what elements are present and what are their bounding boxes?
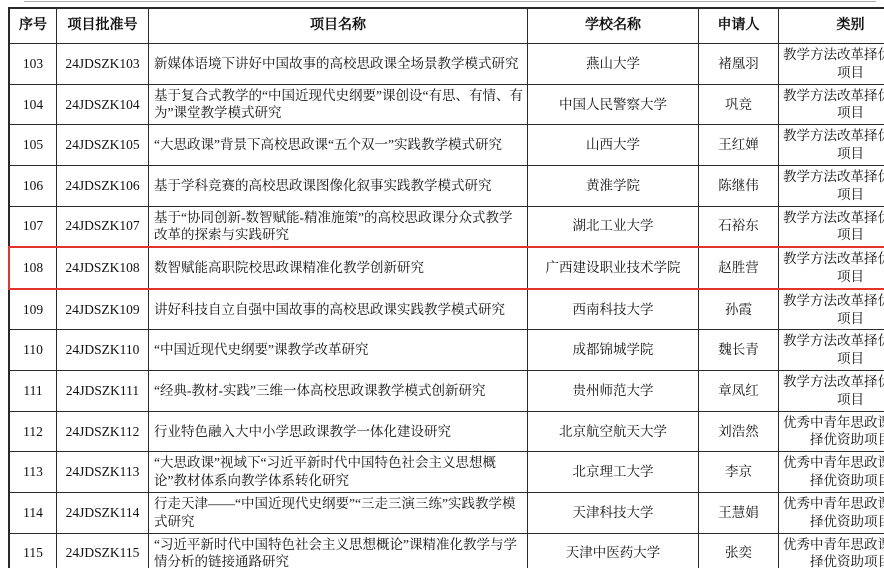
header-row: 序号项目批准号项目名称学校名称申请人类别 xyxy=(9,8,884,44)
cell-grant_no: 24JDSZK106 xyxy=(57,165,149,206)
table-body: 10324JDSZK103新媒体语境下讲好中国故事的高校思政课全场景教学模式研究… xyxy=(9,44,884,568)
projects-table: 序号项目批准号项目名称学校名称申请人类别 10324JDSZK103新媒体语境下… xyxy=(8,7,884,568)
cell-category: 教学方法改革择优推广项目 xyxy=(779,206,884,247)
cell-project: 新媒体语境下讲好中国故事的高校思政课全场景教学模式研究 xyxy=(149,44,528,85)
cell-no: 111 xyxy=(9,371,57,412)
table-row: 10324JDSZK103新媒体语境下讲好中国故事的高校思政课全场景教学模式研究… xyxy=(9,44,884,85)
cell-category: 教学方法改革择优推广项目 xyxy=(779,165,884,206)
top-crop-line xyxy=(24,1,876,2)
table-row: 11524JDSZK115“习近平新时代中国特色社会主义思想概论”课精准化教学与… xyxy=(9,533,884,568)
cell-school: 中国人民警察大学 xyxy=(528,84,699,125)
cell-applicant: 巩竞 xyxy=(699,84,779,125)
cell-project: 数智赋能高职院校思政课精准化教学创新研究 xyxy=(149,247,528,289)
cell-grant_no: 24JDSZK113 xyxy=(57,452,149,493)
cell-no: 110 xyxy=(9,330,57,371)
cell-grant_no: 24JDSZK107 xyxy=(57,206,149,247)
table-row: 10724JDSZK107基于“协同创新-数智赋能-精准施策”的高校思政课分众式… xyxy=(9,206,884,247)
cell-grant_no: 24JDSZK115 xyxy=(57,533,149,568)
cell-category: 教学方法改革择优推广项目 xyxy=(779,247,884,289)
cell-no: 112 xyxy=(9,411,57,452)
cell-no: 106 xyxy=(9,165,57,206)
cell-category: 教学方法改革择优推广项目 xyxy=(779,330,884,371)
column-header-applicant: 申请人 xyxy=(699,8,779,44)
column-header-no: 序号 xyxy=(9,8,57,44)
cell-project: “习近平新时代中国特色社会主义思想概论”课精准化教学与学情分析的链接通路研究 xyxy=(149,533,528,568)
cell-school: 贵州师范大学 xyxy=(528,371,699,412)
table-row: 11324JDSZK113“大思政课”视域下“习近平新时代中国特色社会主义思想概… xyxy=(9,452,884,493)
column-header-category: 类别 xyxy=(779,8,884,44)
cell-project: 基于复合式教学的“中国近现代史纲要”课创设“有思、有情、有为”课堂教学模式研究 xyxy=(149,84,528,125)
cell-category: 优秀中青年思政课教师择优资助项目 xyxy=(779,411,884,452)
cell-school: 北京理工大学 xyxy=(528,452,699,493)
cell-grant_no: 24JDSZK109 xyxy=(57,289,149,330)
cell-project: “大思政课”视域下“习近平新时代中国特色社会主义思想概论”教材体系向教学体系转化… xyxy=(149,452,528,493)
cell-no: 108 xyxy=(9,247,57,289)
column-header-project: 项目名称 xyxy=(149,8,528,44)
cell-applicant: 褚凰羽 xyxy=(699,44,779,85)
table-row: 11124JDSZK111“经典-教材-实践”三维一体高校思政课教学模式创新研究… xyxy=(9,371,884,412)
cell-project: 行业特色融入大中小学思政课教学一体化建设研究 xyxy=(149,411,528,452)
cell-school: 湖北工业大学 xyxy=(528,206,699,247)
cell-no: 104 xyxy=(9,84,57,125)
table-row-highlighted: 10824JDSZK108数智赋能高职院校思政课精准化教学创新研究广西建设职业技… xyxy=(9,247,884,289)
cell-category: 优秀中青年思政课教师择优资助项目 xyxy=(779,452,884,493)
cell-project: “经典-教材-实践”三维一体高校思政课教学模式创新研究 xyxy=(149,371,528,412)
cell-school: 天津科技大学 xyxy=(528,492,699,533)
cell-school: 广西建设职业技术学院 xyxy=(528,247,699,289)
cell-school: 燕山大学 xyxy=(528,44,699,85)
cell-category: 教学方法改革择优推广项目 xyxy=(779,125,884,166)
table-row: 10524JDSZK105“大思政课”背景下高校思政课“五个双一”实践教学模式研… xyxy=(9,125,884,166)
cell-applicant: 张奕 xyxy=(699,533,779,568)
cell-grant_no: 24JDSZK114 xyxy=(57,492,149,533)
cell-no: 107 xyxy=(9,206,57,247)
cell-applicant: 魏长青 xyxy=(699,330,779,371)
cell-school: 黄淮学院 xyxy=(528,165,699,206)
cell-no: 109 xyxy=(9,289,57,330)
cell-school: 天津中医药大学 xyxy=(528,533,699,568)
table-row: 10424JDSZK104基于复合式教学的“中国近现代史纲要”课创设“有思、有情… xyxy=(9,84,884,125)
cell-category: 教学方法改革择优推广项目 xyxy=(779,84,884,125)
cell-applicant: 刘浩然 xyxy=(699,411,779,452)
cell-no: 113 xyxy=(9,452,57,493)
cell-project: “中国近现代史纲要”课教学改革研究 xyxy=(149,330,528,371)
cell-grant_no: 24JDSZK108 xyxy=(57,247,149,289)
cell-grant_no: 24JDSZK111 xyxy=(57,371,149,412)
table-row: 10624JDSZK106基于学科竞赛的高校思政课图像化叙事实践教学模式研究黄淮… xyxy=(9,165,884,206)
cell-no: 114 xyxy=(9,492,57,533)
cell-project: 基于学科竞赛的高校思政课图像化叙事实践教学模式研究 xyxy=(149,165,528,206)
cell-category: 教学方法改革择优推广项目 xyxy=(779,289,884,330)
cell-grant_no: 24JDSZK112 xyxy=(57,411,149,452)
table-row: 11024JDSZK110“中国近现代史纲要”课教学改革研究成都锦城学院魏长青教… xyxy=(9,330,884,371)
table-header: 序号项目批准号项目名称学校名称申请人类别 xyxy=(9,8,884,44)
cell-applicant: 李京 xyxy=(699,452,779,493)
table-row: 11424JDSZK114行走天津——“中国近现代史纲要”“三走三演三练”实践教… xyxy=(9,492,884,533)
cell-grant_no: 24JDSZK110 xyxy=(57,330,149,371)
cell-no: 115 xyxy=(9,533,57,568)
cell-category: 优秀中青年思政课教师择优资助项目 xyxy=(779,492,884,533)
cell-applicant: 石裕东 xyxy=(699,206,779,247)
column-header-school: 学校名称 xyxy=(528,8,699,44)
cell-project: 基于“协同创新-数智赋能-精准施策”的高校思政课分众式教学改革的探索与实践研究 xyxy=(149,206,528,247)
cell-school: 西南科技大学 xyxy=(528,289,699,330)
cell-project: “大思政课”背景下高校思政课“五个双一”实践教学模式研究 xyxy=(149,125,528,166)
cell-grant_no: 24JDSZK104 xyxy=(57,84,149,125)
table-row: 10924JDSZK109讲好科技自立自强中国故事的高校思政课实践教学模式研究西… xyxy=(9,289,884,330)
cell-applicant: 章凤红 xyxy=(699,371,779,412)
cell-grant_no: 24JDSZK105 xyxy=(57,125,149,166)
cell-category: 教学方法改革择优推广项目 xyxy=(779,44,884,85)
document-page: 序号项目批准号项目名称学校名称申请人类别 10324JDSZK103新媒体语境下… xyxy=(0,0,884,568)
cell-applicant: 王红婵 xyxy=(699,125,779,166)
cell-applicant: 陈继伟 xyxy=(699,165,779,206)
cell-applicant: 赵胜营 xyxy=(699,247,779,289)
cell-project: 讲好科技自立自强中国故事的高校思政课实践教学模式研究 xyxy=(149,289,528,330)
cell-project: 行走天津——“中国近现代史纲要”“三走三演三练”实践教学模式研究 xyxy=(149,492,528,533)
cell-applicant: 王慧娟 xyxy=(699,492,779,533)
cell-school: 山西大学 xyxy=(528,125,699,166)
cell-no: 105 xyxy=(9,125,57,166)
cell-category: 优秀中青年思政课教师择优资助项目 xyxy=(779,533,884,568)
cell-no: 103 xyxy=(9,44,57,85)
cell-category: 教学方法改革择优推广项目 xyxy=(779,371,884,412)
table-row: 11224JDSZK112行业特色融入大中小学思政课教学一体化建设研究北京航空航… xyxy=(9,411,884,452)
cell-applicant: 孙霞 xyxy=(699,289,779,330)
cell-school: 成都锦城学院 xyxy=(528,330,699,371)
cell-school: 北京航空航天大学 xyxy=(528,411,699,452)
column-header-grant_no: 项目批准号 xyxy=(57,8,149,44)
cell-grant_no: 24JDSZK103 xyxy=(57,44,149,85)
